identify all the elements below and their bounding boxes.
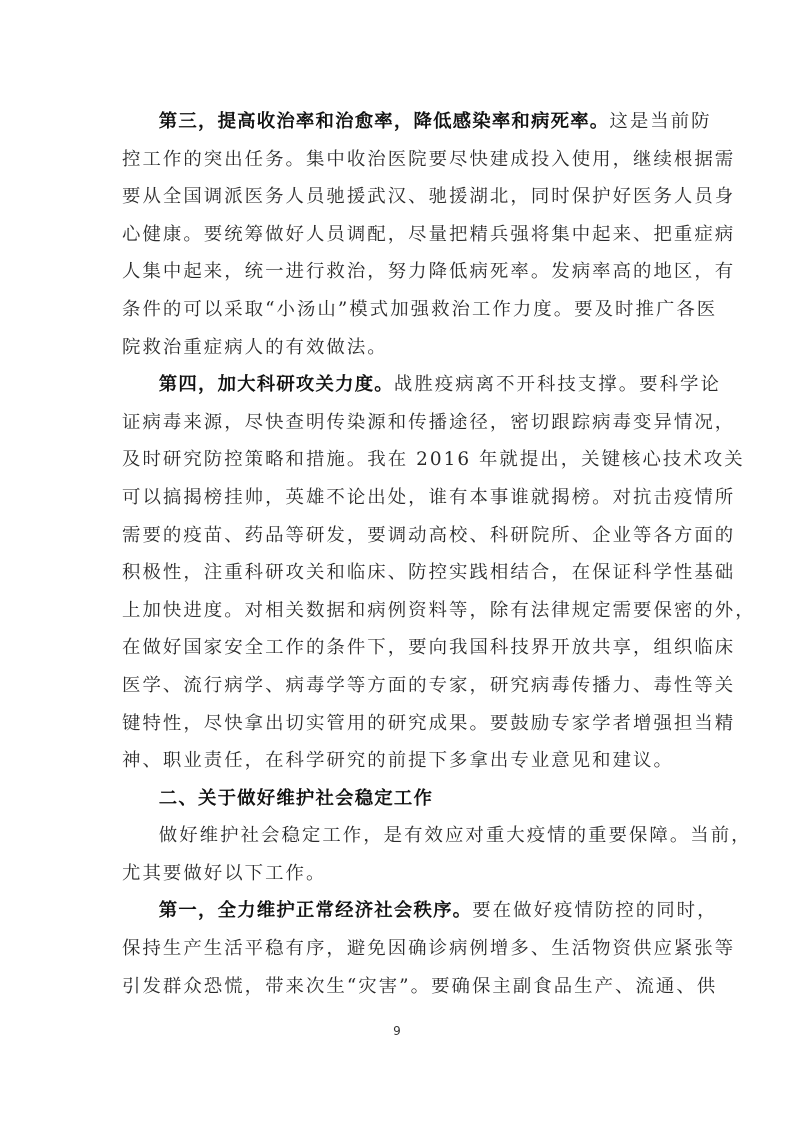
text-line: 需要的疫苗、药品等研发，要调动高校、科研院所、企业等各方面的 xyxy=(122,517,674,555)
paragraph-lead: 第四，加大科研攻关力度。 xyxy=(159,374,394,395)
paragraph-intro: 做好维护社会稳定工作，是有效应对重大疫情的重要保障。当前， 尤其要做好以下工作。 xyxy=(122,817,674,892)
text-line: 及时研究防控策略和措施。我在 2016 年就提出，关键核心技术攻关 xyxy=(122,441,674,479)
text-line: 条件的可以采取“小汤山”模式加强救治工作力度。要及时推广各医 xyxy=(122,291,674,329)
text-line: 神、职业责任，在科学研究的前提下多拿出专业意见和建议。 xyxy=(122,742,674,780)
page-number: 9 xyxy=(390,1024,404,1038)
text-line: 可以搞揭榜挂帅，英雄不论出处，谁有本事谁就揭榜。对抗击疫情所 xyxy=(122,479,674,517)
paragraph-item-4: 第四，加大科研攻关力度。战胜疫病离不开科技支撑。要科学论 证病毒来源，尽快查明传… xyxy=(122,366,674,780)
text-line: 在做好国家安全工作的条件下，要向我国科技界开放共享，组织临床 xyxy=(122,629,674,667)
paragraph-lead: 第三，提高收治率和治愈率，降低感染率和病死率。 xyxy=(159,111,610,132)
document-body: 第三，提高收治率和治愈率，降低感染率和病死率。这是当前防 控工作的突出任务。集中… xyxy=(122,103,674,1005)
text-line: 积极性，注重科研攻关和临床、防控实践相结合，在保证科学性基础 xyxy=(122,554,674,592)
text-line: 院救治重症病人的有效做法。 xyxy=(122,329,674,367)
paragraph-lead: 第一，全力维护正常经济社会秩序。 xyxy=(159,900,472,921)
text-line: 第三，提高收治率和治愈率，降低感染率和病死率。这是当前防 xyxy=(122,103,674,141)
text-line: 要从全国调派医务人员驰援武汉、驰援湖北，同时保护好医务人员身 xyxy=(122,178,674,216)
paragraph-item-3: 第三，提高收治率和治愈率，降低感染率和病死率。这是当前防 控工作的突出任务。集中… xyxy=(122,103,674,366)
text-line: 尤其要做好以下工作。 xyxy=(122,855,674,893)
section-heading: 二、关于做好维护社会稳定工作 xyxy=(122,780,674,818)
text-line: 第四，加大科研攻关力度。战胜疫病离不开科技支撑。要科学论 xyxy=(122,366,674,404)
text-line: 医学、流行病学、病毒学等方面的专家，研究病毒传播力、毒性等关 xyxy=(122,667,674,705)
document-page: 第三，提高收治率和治愈率，降低感染率和病死率。这是当前防 控工作的突出任务。集中… xyxy=(0,0,793,1122)
text-line: 保持生产生活平稳有序，避免因确诊病例增多、生活物资供应紧张等 xyxy=(122,930,674,968)
text-line: 证病毒来源，尽快查明传染源和传播途径，密切跟踪病毒变异情况， xyxy=(122,404,674,442)
text-line: 上加快进度。对相关数据和病例资料等，除有法律规定需要保密的外， xyxy=(122,592,674,630)
text-line: 控工作的突出任务。集中收治医院要尽快建成投入使用，继续根据需 xyxy=(122,141,674,179)
text-line: 第一，全力维护正常经济社会秩序。要在做好疫情防控的同时， xyxy=(122,892,674,930)
text-line: 引发群众恐慌，带来次生“灾害”。要确保主副食品生产、流通、供 xyxy=(122,968,674,1006)
paragraph-item-1: 第一，全力维护正常经济社会秩序。要在做好疫情防控的同时， 保持生产生活平稳有序，… xyxy=(122,892,674,1005)
text-line: 键特性，尽快拿出切实管用的研究成果。要鼓励专家学者增强担当精 xyxy=(122,705,674,743)
text-line: 人集中起来，统一进行救治，努力降低病死率。发病率高的地区，有 xyxy=(122,253,674,291)
text-line: 心健康。要统筹做好人员调配，尽量把精兵强将集中起来、把重症病 xyxy=(122,216,674,254)
text-line: 做好维护社会稳定工作，是有效应对重大疫情的重要保障。当前， xyxy=(122,817,674,855)
